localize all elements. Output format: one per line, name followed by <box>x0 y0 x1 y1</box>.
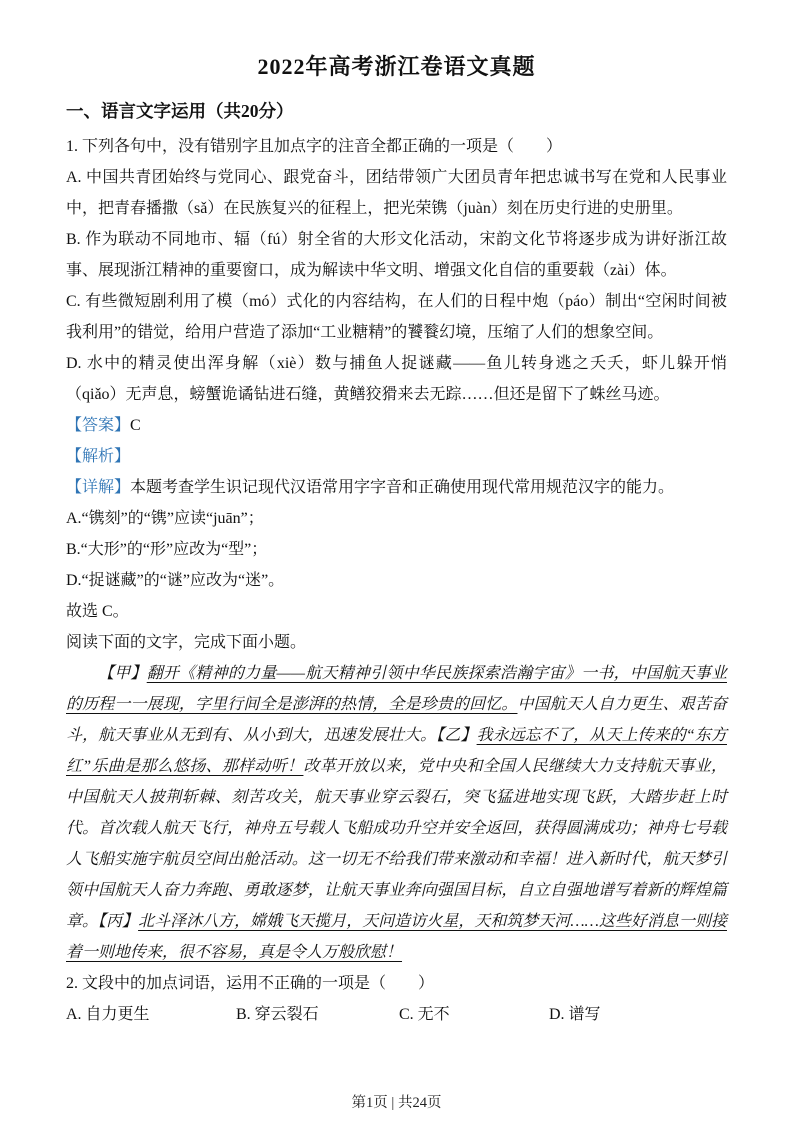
document-page: 2022年高考浙江卷语文真题 一、语言文字运用（共20分） 1. 下列各句中，没… <box>0 0 793 1122</box>
passage-intro: 阅读下面的文字，完成下面小题。 <box>66 627 727 658</box>
passage-plain-2: 改革开放以来，党中央和全国人民继续大力支持航天事业，中国航天人披荆斩棘、刻苦攻关… <box>66 758 727 930</box>
passage-underlined-bing: 北斗泽沐八方，嫦娥飞天揽月，天问造访火星，天和筑梦天河……这些好消息一则接着一则… <box>66 913 727 961</box>
passage-paragraph: 【甲】翻开《精神的力量——航天精神引领中华民族探索浩瀚宇宙》一书，中国航天事业的… <box>66 658 727 968</box>
detail-label: 【详解】 <box>66 479 130 496</box>
question2-options: A. 自力更生B. 穿云裂石C. 无不D. 谱写 <box>66 999 727 1030</box>
passage-label-jia: 【甲】 <box>98 665 147 682</box>
question2-stem: 2. 文段中的加点词语，运用不正确的一项是（ ） <box>66 968 727 999</box>
answer-line: 【答案】C <box>66 410 727 441</box>
question1-option-b: B. 作为联动不同地市、辐（fú）射全省的大形文化活动，宋韵文化节将逐步成为讲好… <box>66 224 727 286</box>
detail-point-d: D.“捉谜藏”的“谜”应改为“迷”。 <box>66 565 727 596</box>
analysis-line: 【解析】 <box>66 441 727 472</box>
answer-value: C <box>130 417 141 434</box>
question2-option-c: C. 无不 <box>399 999 549 1030</box>
page-footer: 第1页 | 共24页 <box>0 1092 793 1114</box>
question1-option-a: A. 中国共青团始终与党同心、跟党奋斗，团结带领广大团员青年把忠诚书写在党和人民… <box>66 162 727 224</box>
detail-point-a: A.“镌刻”的“镌”应读“juān”； <box>66 503 727 534</box>
question2-option-b: B. 穿云裂石 <box>236 999 399 1030</box>
passage-label-yi: 【乙】 <box>436 727 476 744</box>
answer-label: 【答案】 <box>66 417 130 434</box>
detail-text: 本题考查学生识记现代汉语常用字字音和正确使用现代常用规范汉字的能力。 <box>130 479 674 496</box>
page-content: 2022年高考浙江卷语文真题 一、语言文字运用（共20分） 1. 下列各句中，没… <box>0 0 793 1030</box>
section-heading: 一、语言文字运用（共20分） <box>66 98 727 124</box>
question1-conclusion: 故选 C。 <box>66 596 727 627</box>
question1-option-c: C. 有些微短剧利用了模（mó）式化的内容结构，在人们的日程中炮（páo）制出“… <box>66 286 727 348</box>
question2-option-d: D. 谱写 <box>549 999 601 1030</box>
question1-option-d: D. 水中的精灵使出浑身解（xiè）数与捕鱼人捉谜藏——鱼儿转身逃之夭夭，虾儿躲… <box>66 348 727 410</box>
page-title: 2022年高考浙江卷语文真题 <box>66 52 727 82</box>
analysis-label: 【解析】 <box>66 448 130 465</box>
passage-label-bing: 【丙】 <box>98 913 138 930</box>
detail-point-b: B.“大形”的“形”应改为“型”； <box>66 534 727 565</box>
detail-line: 【详解】本题考查学生识记现代汉语常用字字音和正确使用现代常用规范汉字的能力。 <box>66 472 727 503</box>
question2-option-a: A. 自力更生 <box>66 999 236 1030</box>
question1-stem: 1. 下列各句中，没有错别字且加点字的注音全都正确的一项是（ ） <box>66 131 727 162</box>
page-number: 第1页 | 共24页 <box>352 1095 442 1111</box>
